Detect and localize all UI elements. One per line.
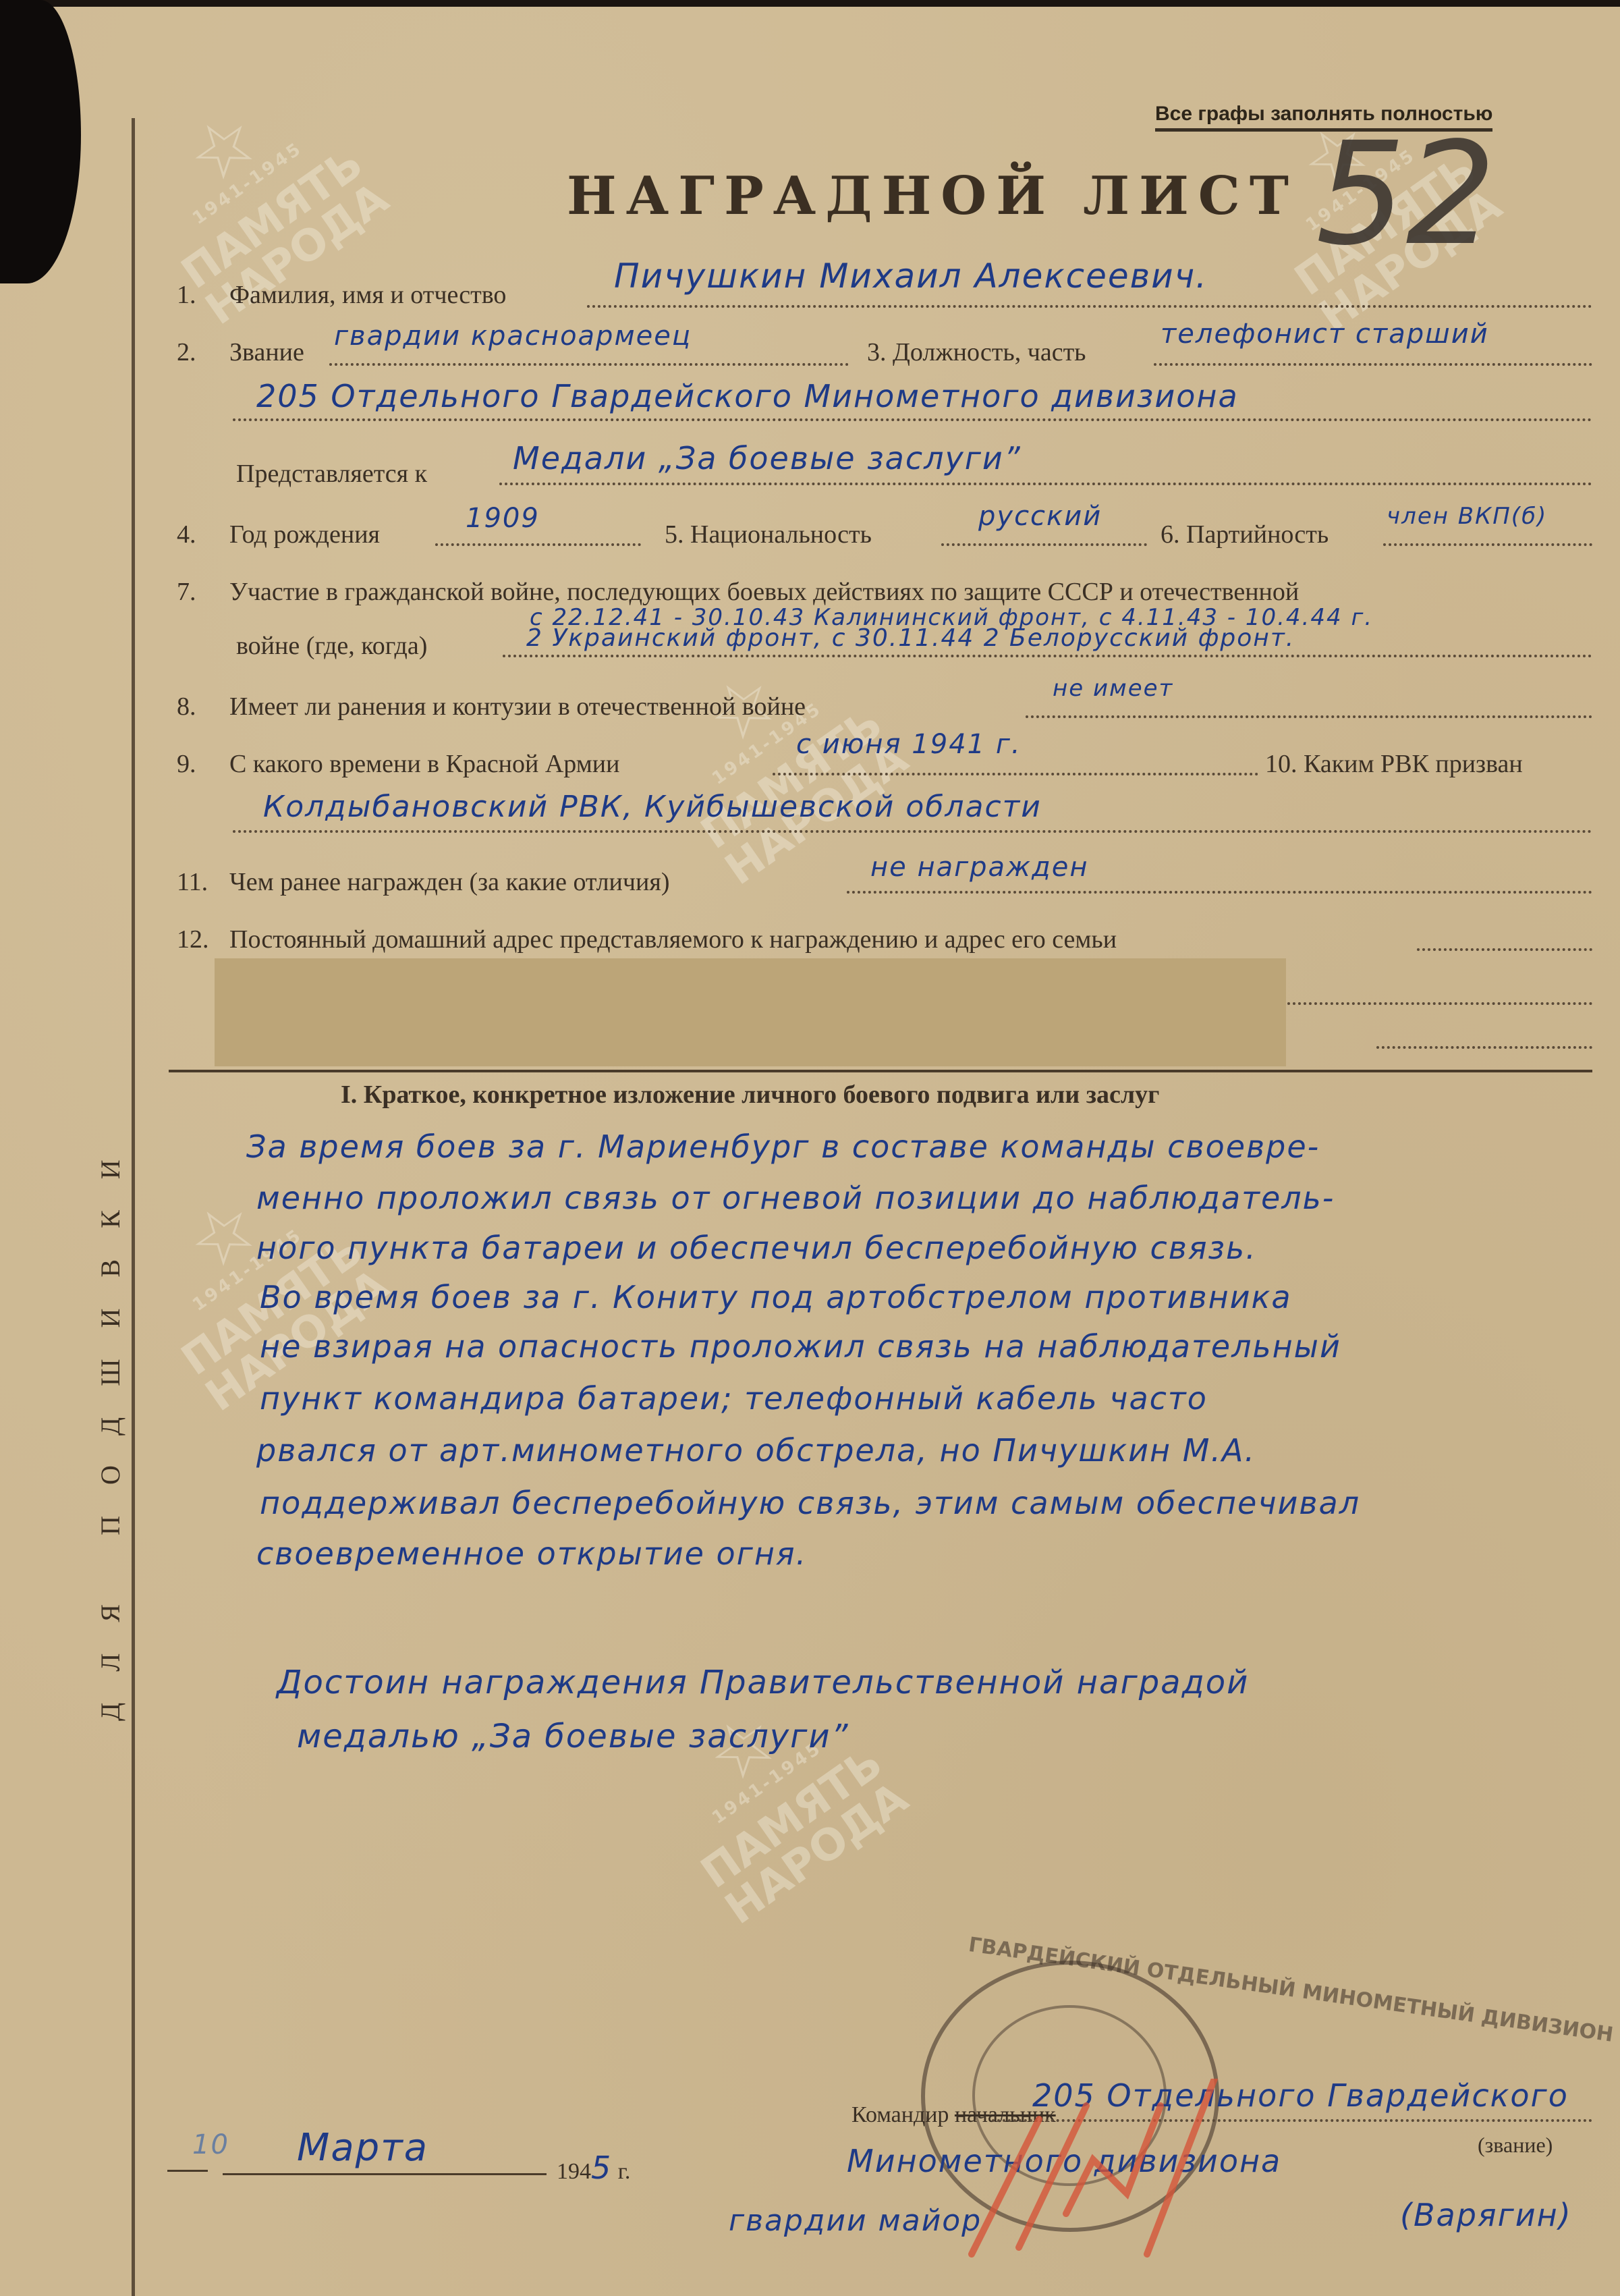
document-paper: ДЛЯ ПОДШИВКИ ☆ 1941-1945 ПАМЯТЬ НАРОДА ☆… <box>0 0 1620 2296</box>
narrative-line: рвался от арт.минометного обстрела, но П… <box>256 1432 1256 1469</box>
narrative-line: менно проложил связь от огневой позиции … <box>256 1180 1335 1216</box>
narrative-line: пункт командира батареи; телефонный кабе… <box>260 1380 1208 1417</box>
narrative-line: ного пункта батареи и обеспечил беспереб… <box>256 1230 1257 1266</box>
field-10-line <box>233 830 1592 833</box>
field-4-label: 4.Год рождения <box>177 520 380 549</box>
field-12-line-3 <box>1376 1046 1592 1049</box>
field-5-label: 5. Национальность <box>665 520 872 549</box>
narrative-line: не взирая на опасность проложил связь на… <box>260 1328 1341 1365</box>
conclusion-line: медалью „За боевые заслуги” <box>297 1718 849 1755</box>
field-12-label: 12.Постоянный домашний адрес представляе… <box>177 925 1117 954</box>
field-4-line <box>435 543 641 546</box>
field-3-unit: 205 Отдельного Гвардейского Минометного … <box>256 378 1239 414</box>
commander-rank: гвардии майор <box>729 2204 982 2238</box>
sign-date-year: 1945 г. <box>557 2150 630 2186</box>
narrative-line: За время боев за г. Мариенбург в составе… <box>246 1128 1320 1165</box>
field-9-army-since: с июня 1941 г. <box>796 729 1022 760</box>
narrative-line: поддерживал бесперебойную связь, этим са… <box>260 1485 1360 1521</box>
nomination-label: Представляется к <box>236 459 427 489</box>
nomination-award: Медали „За боевые заслуги” <box>513 440 1022 476</box>
margin-label-for-binding: ДЛЯ ПОДШИВКИ <box>94 574 126 1721</box>
section-divider <box>169 1070 1592 1072</box>
field-10-conscription-office: Колдыбановский РВК, Куйбышевской области <box>263 790 1042 824</box>
field-2-rank: гвардии красноармеец <box>334 321 692 352</box>
field-1-label: 1.Фамилия, имя и отчество <box>177 280 506 310</box>
watermark: ☆ 1941-1945 ПАМЯТЬ НАРОДА <box>644 1670 916 1932</box>
field-8-wounds: не имеет <box>1053 675 1173 702</box>
commander-name: (Варягин) <box>1400 2197 1572 2233</box>
field-10-label: 10. Каким РВК призван <box>1265 749 1523 779</box>
page-title: НАГРАДНОЙ ЛИСТ <box>567 165 1298 227</box>
field-7-line <box>503 655 1592 657</box>
field-7-service-line-2: 2 Украинский фронт, с 30.11.44 2 Белорус… <box>526 624 1295 652</box>
field-11-label: 11.Чем ранее награжден (за какие отличия… <box>177 867 669 897</box>
narrative-line: Во время боев за г. Кониту под артобстре… <box>260 1279 1292 1315</box>
field-8-line <box>1026 715 1592 718</box>
field-12-line-2 <box>1282 1002 1592 1005</box>
field-5-nationality: русский <box>978 501 1102 532</box>
field-6-party: член ВКП(б) <box>1387 503 1547 530</box>
field-3-label: 3. Должность, часть <box>867 337 1086 367</box>
field-7-label-cont: войне (где, когда) <box>236 631 427 661</box>
field-1-full-name: Пичушкин Михаил Алексеевич. <box>614 256 1208 296</box>
redacted-address-block <box>215 958 1286 1066</box>
narrative-line: своевременное открытие огня. <box>256 1535 807 1572</box>
field-11-line <box>847 891 1592 894</box>
narrative-heading: I. Краткое, конкретное изложение личного… <box>341 1080 1159 1110</box>
rank-caption: (звание) <box>1478 2133 1553 2158</box>
field-2-label: 2.Звание <box>177 337 304 367</box>
sign-date-day: 10 <box>192 2129 229 2160</box>
field-1-line <box>587 305 1592 308</box>
nomination-line <box>499 483 1592 485</box>
field-7-label: 7.Участие в гражданской войне, последующ… <box>177 577 1299 607</box>
binding-margin-line <box>132 118 135 2296</box>
field-8-label: 8.Имеет ли ранения и контузии в отечеств… <box>177 692 806 721</box>
date-month-line <box>223 2173 547 2175</box>
field-6-label: 6. Партийность <box>1161 520 1329 549</box>
red-pencil-signature-icon <box>958 2079 1282 2268</box>
registry-number: 52 <box>1316 111 1496 277</box>
field-4-birth-year: 1909 <box>466 503 540 534</box>
field-9-label: 9.С какого времени в Красной Армии <box>177 749 619 779</box>
field-3-position: телефонист старший <box>1161 319 1489 350</box>
field-12-line <box>1417 948 1592 951</box>
field-6-line <box>1383 543 1592 546</box>
field-3-line <box>1154 363 1592 366</box>
field-11-previous-awards: не награжден <box>870 852 1089 883</box>
field-2-line <box>329 363 849 366</box>
field-5-line <box>941 543 1147 546</box>
field-9-line <box>773 773 1258 775</box>
date-day-line <box>167 2170 208 2172</box>
sign-date-month: Марта <box>297 2126 428 2170</box>
scan-top-edge <box>0 0 1620 7</box>
field-3-line-2 <box>233 418 1592 421</box>
torn-corner <box>0 0 81 283</box>
conclusion-line: Достоин награждения Правительственной на… <box>277 1664 1249 1701</box>
